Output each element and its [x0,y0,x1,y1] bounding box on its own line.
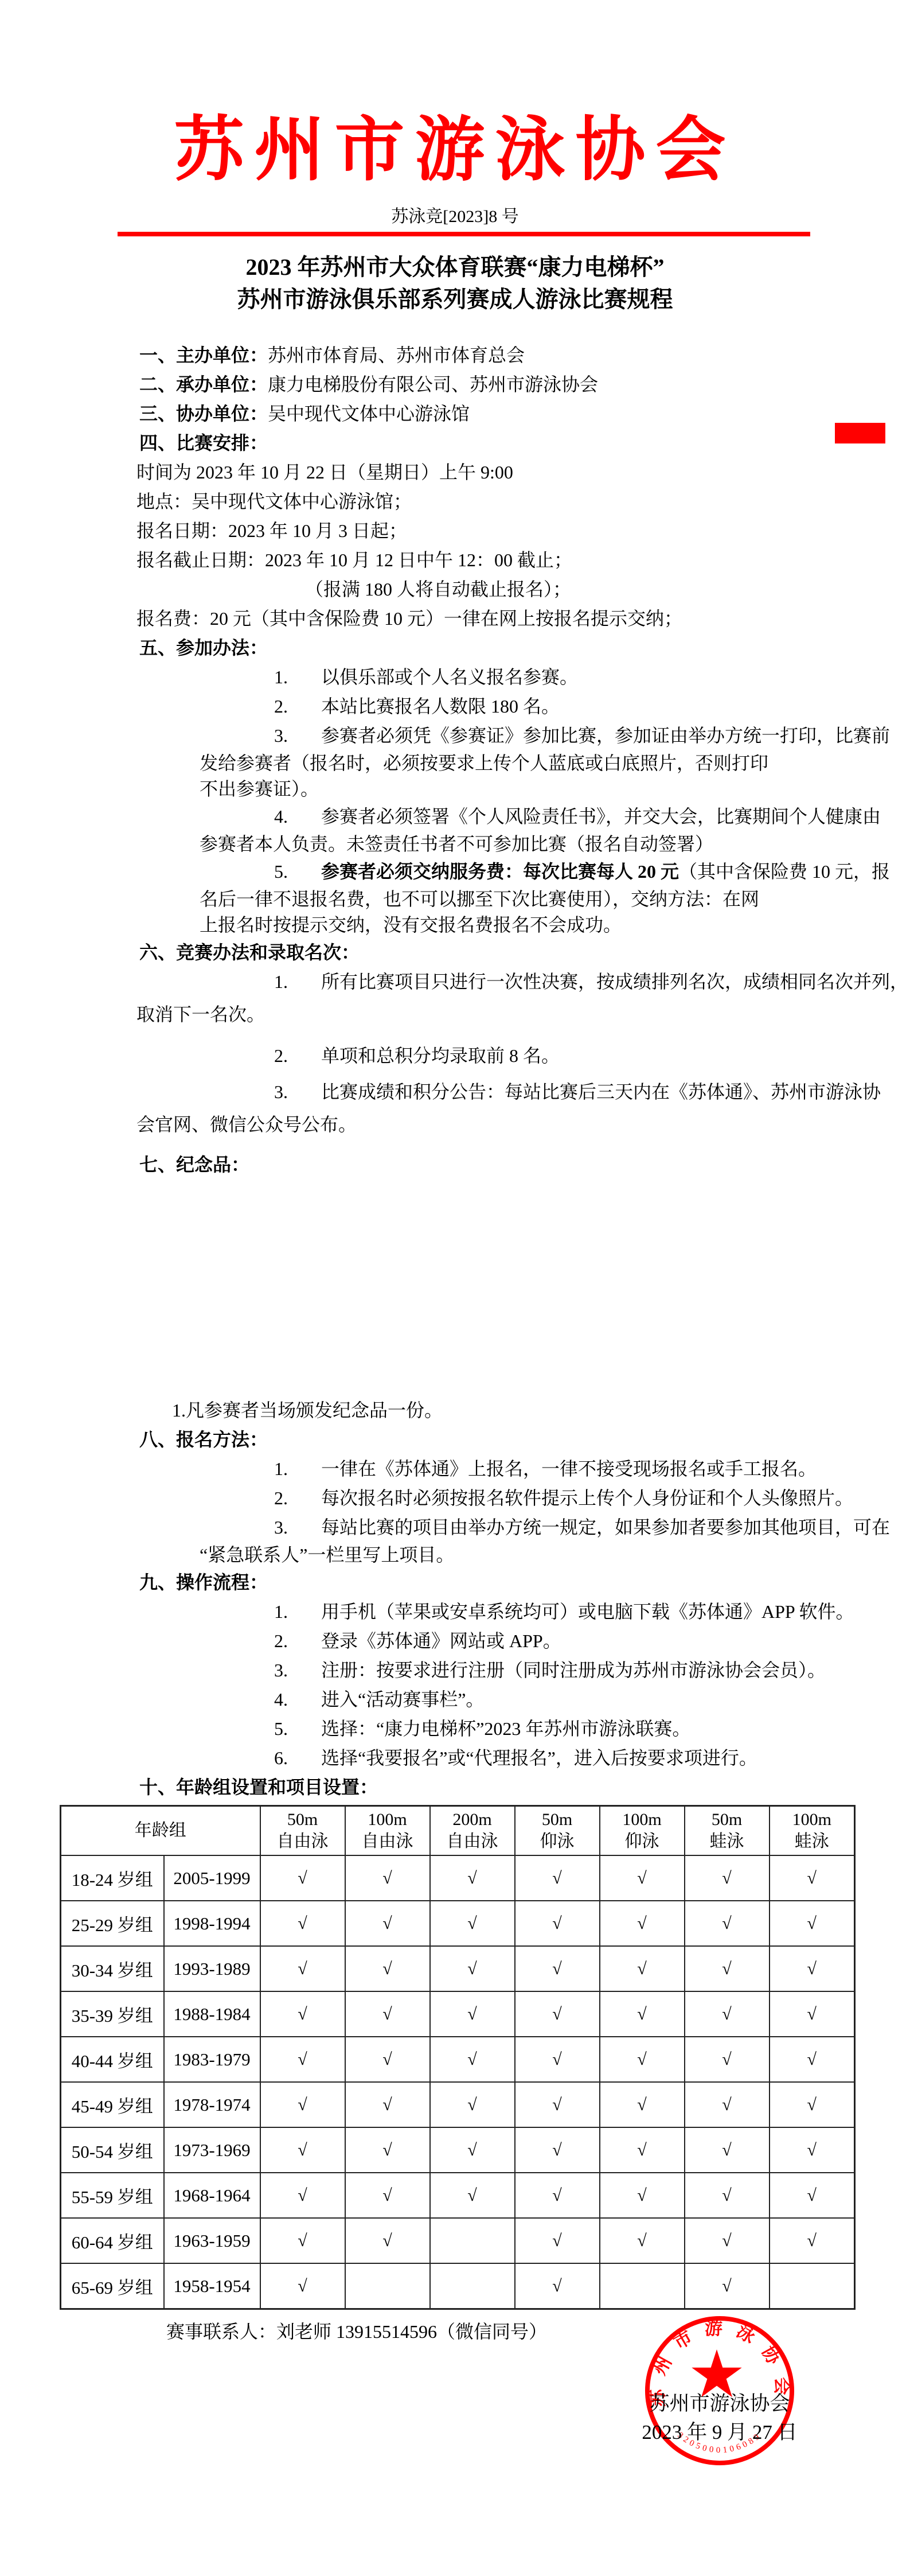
list-item-number: 3. [274,1513,321,1542]
doc-line: 报名截止日期：2023 年 10 月 12 日中午 12：00 截止； [0,546,910,575]
checkmark-cell: √ [770,1946,855,1991]
blank-line [0,1355,910,1384]
birth-years-cell: 1983-1979 [164,2037,260,2082]
checkmark-cell: √ [685,1855,770,1901]
section-heading: 五、参加办法： [0,633,910,663]
signature-org: 苏州市游泳协会 [622,2391,817,2417]
empty-cell [430,2218,515,2263]
table-row: 65-69 岁组1958-1954√√√ [61,2263,855,2309]
birth-years-cell: 2005-1999 [164,1855,260,1901]
checkmark-cell: √ [430,2173,515,2218]
table-row: 35-39 岁组1988-1984√√√√√√√ [61,1991,855,2037]
age-group-cell: 25-29 岁组 [61,1901,164,1946]
checkmark-cell: √ [770,1901,855,1946]
checkmark-cell: √ [345,2082,430,2127]
checkmark-cell: √ [685,1946,770,1991]
signature-date: 2023 年 9 月 27 日 [622,2420,817,2445]
age-group-event-table: 年龄组 50m自由泳100m自由泳200m自由泳50m仰泳100m仰泳50m蛙泳… [60,1805,856,2310]
list-item-number: 5. [274,857,321,886]
document-page: { "colors": { "accent_red": "#ff0000", "… [0,0,910,2576]
checkmark-cell: √ [770,1855,855,1901]
event-header-cell: 200m自由泳 [430,1806,515,1856]
checkmark-cell: √ [260,1946,345,1991]
table-row: 40-44 岁组1983-1979√√√√√√√ [61,2037,855,2082]
checkmark-cell: √ [430,1946,515,1991]
section-heading: 三、协办单位：吴中现代文体中心游泳馆 [0,399,910,429]
doc-line: 发给参赛者（报名时，必须按要求上传个人蓝底或白底照片，否则打印 [0,750,910,776]
list-item: 2.单项和总积分均录取前 8 名。 [0,1041,910,1071]
doc-line: 上报名时按提示交纳，没有交报名费报名不会成功。 [0,912,910,938]
list-item: 2.登录《苏体通》网站或 APP。 [0,1626,910,1656]
doc-line: 报名费：20 元（其中含保险费 10 元）一律在网上按报名提示交纳； [0,604,910,633]
doc-line: “紧急联系人”一栏里写上项目。 [0,1542,910,1568]
list-item-number: 1. [274,1597,321,1626]
checkmark-cell: √ [600,1901,685,1946]
table-row: 25-29 岁组1998-1994√√√√√√√ [61,1901,855,1946]
checkmark-cell: √ [770,2218,855,2263]
list-item: 2.本站比赛报名人数限 180 名。 [0,692,910,721]
section-heading: 八、报名方法： [0,1425,910,1454]
table-row: 55-59 岁组1968-1964√√√√√√√ [61,2173,855,2218]
checkmark-cell: √ [770,2082,855,2127]
doc-line: 时间为 2023 年 10 月 22 日（星期日）上午 9:00 [0,458,910,487]
section-heading: 九、操作流程： [0,1568,910,1597]
event-header-cell: 50m自由泳 [260,1806,345,1856]
checkmark-cell: √ [600,1946,685,1991]
list-item: 5.参赛者必须交纳服务费：每次比赛每人 20 元（其中含保险费 10 元，报 [0,857,910,886]
checkmark-cell: √ [685,2037,770,2082]
checkmark-cell: √ [600,1855,685,1901]
checkmark-cell: √ [345,1946,430,1991]
checkmark-cell: √ [515,1855,600,1901]
list-item-number: 1. [274,663,321,692]
red-divider-rule [118,232,810,236]
list-item: 3.每站比赛的项目由举办方统一规定，如果参加者要参加其他项目，可在 [0,1513,910,1542]
checkmark-cell: √ [430,2037,515,2082]
doc-line: 参赛者本人负责。未签责任书者不可参加比赛（报名自动签署） [0,831,910,857]
table-row: 45-49 岁组1978-1974√√√√√√√ [61,2082,855,2127]
doc-line: 地点：吴中现代文体中心游泳馆； [0,487,910,516]
checkmark-cell: √ [430,1855,515,1901]
seal-star-icon [692,2349,741,2397]
checkmark-cell: √ [515,1901,600,1946]
empty-cell [430,2263,515,2309]
document-title: 2023 年苏州市大众体育联赛“康力电梯杯” 苏州市游泳俱乐部系列赛成人游泳比赛… [0,251,910,316]
checkmark-cell: √ [515,2082,600,2127]
list-item: 6.选择“我要报名”或“代理报名”，进入后按要求项进行。 [0,1744,910,1773]
checkmark-cell: √ [260,2263,345,2309]
list-item-number: 2. [274,1484,321,1513]
checkmark-cell: √ [770,2127,855,2173]
birth-years-cell: 1963-1959 [164,2218,260,2263]
doc-line: 会官网、微信公众号公布。 [0,1107,910,1142]
table-row: 30-34 岁组1993-1989√√√√√√√ [61,1946,855,1991]
list-item-number: 2. [274,1041,321,1071]
doc-line: 报名日期：2023 年 10 月 3 日起； [0,516,910,546]
checkmark-cell: √ [685,2082,770,2127]
section-heading: 四、比赛安排： [0,429,910,458]
list-item: 1.用手机（苹果或安卓系统均可）或电脑下载《苏体通》APP 软件。 [0,1597,910,1626]
event-header-cell: 100m自由泳 [345,1806,430,1856]
checkmark-cell: √ [345,1901,430,1946]
age-group-header-cell: 年龄组 [61,1806,260,1856]
checkmark-cell: √ [345,2173,430,2218]
org-title: 苏州市游泳协会 [0,108,910,194]
checkmark-cell: √ [345,1855,430,1901]
checkmark-cell: √ [260,2037,345,2082]
contact-line: 赛事联系人：刘老师 13915514596（微信同号） [166,2319,547,2344]
age-group-cell: 50-54 岁组 [61,2127,164,2173]
checkmark-cell: √ [685,2127,770,2173]
list-item: 5.选择：“康力电梯杯”2023 年苏州市游泳联赛。 [0,1714,910,1744]
checkmark-cell: √ [260,1901,345,1946]
list-item: 1.以俱乐部或个人名义报名参赛。 [0,663,910,692]
blank-line [0,1326,910,1355]
checkmark-cell: √ [600,2082,685,2127]
checkmark-cell: √ [515,2037,600,2082]
birth-years-cell: 1973-1969 [164,2127,260,2173]
list-item-number: 2. [274,692,321,721]
document-title-line1: 2023 年苏州市大众体育联赛“康力电梯杯” [0,251,910,283]
list-item-number: 2. [274,1626,321,1656]
checkmark-cell: √ [515,2263,600,2309]
checkmark-cell: √ [260,2218,345,2263]
birth-years-cell: 1993-1989 [164,1946,260,1991]
checkmark-cell: √ [515,1946,600,1991]
checkmark-cell: √ [345,2127,430,2173]
event-header-cell: 50m仰泳 [515,1806,600,1856]
birth-years-cell: 1958-1954 [164,2263,260,2309]
blank-line [0,1267,910,1297]
checkmark-cell: √ [770,1991,855,2037]
checkmark-cell: √ [600,2037,685,2082]
checkmark-cell: √ [685,2218,770,2263]
checkmark-cell: √ [770,2037,855,2082]
doc-line: 取消下一名次。 [0,997,910,1032]
checkmark-cell: √ [345,2037,430,2082]
list-item-number: 4. [274,802,321,831]
list-item-number: 4. [274,1685,321,1714]
doc-line: 不出参赛证）。 [0,776,910,802]
checkmark-cell: √ [770,2173,855,2218]
doc-number: 苏泳竞[2023]8 号 [0,205,910,228]
signature-block: 苏州市游泳协会 2023 年 9 月 27 日 [622,2391,817,2445]
blank-line [0,1297,910,1326]
checkmark-cell: √ [685,1901,770,1946]
list-item: 4.进入“活动赛事栏”。 [0,1685,910,1714]
checkmark-cell: √ [260,2127,345,2173]
list-item-number: 1. [274,967,321,997]
checkmark-cell: √ [430,1901,515,1946]
blank-line [0,1238,910,1267]
section-heading: 二、承办单位：康力电梯股份有限公司、苏州市游泳协会 [0,370,910,399]
body-lines: 一、主办单位：苏州市体育局、苏州市体育总会二、承办单位：康力电梯股份有限公司、苏… [0,341,910,1802]
checkmark-cell: √ [515,2173,600,2218]
empty-cell [600,2263,685,2309]
doc-line: 名后一律不退报名费，也不可以挪至下次比赛使用），交纳方法：在网 [0,886,910,912]
empty-cell [345,2263,430,2309]
event-header-cell: 50m蛙泳 [685,1806,770,1856]
document-title-line2: 苏州市游泳俱乐部系列赛成人游泳比赛规程 [0,283,910,316]
list-item-number: 1. [274,1454,321,1484]
section-heading: 十、年龄组设置和项目设置： [0,1773,910,1802]
age-group-cell: 40-44 岁组 [61,2037,164,2082]
red-seal-stamp: 苏州市游泳协会 3205000106089 [640,2312,799,2470]
birth-years-cell: 1988-1984 [164,1991,260,2037]
birth-years-cell: 1998-1994 [164,1901,260,1946]
empty-cell [770,2263,855,2309]
checkmark-cell: √ [600,2218,685,2263]
checkmark-cell: √ [260,2173,345,2218]
list-item: 1.所有比赛项目只进行一次性决赛，按成绩排列名次，成绩相同名次并列， [0,967,910,997]
birth-years-cell: 1978-1974 [164,2082,260,2127]
doc-line: （报满 180 人将自动截止报名）； [0,575,910,604]
checkmark-cell: √ [430,2127,515,2173]
age-group-cell: 55-59 岁组 [61,2173,164,2218]
checkmark-cell: √ [430,2082,515,2127]
age-group-cell: 45-49 岁组 [61,2082,164,2127]
list-item-number: 5. [274,1714,321,1744]
section-heading: 七、纪念品： [0,1150,910,1180]
age-group-cell: 60-64 岁组 [61,2218,164,2263]
list-item-number: 3. [274,1656,321,1685]
table-body: 18-24 岁组2005-1999√√√√√√√25-29 岁组1998-199… [61,1855,855,2309]
age-group-cell: 35-39 岁组 [61,1991,164,2037]
checkmark-cell: √ [685,2263,770,2309]
blank-line [0,1209,910,1238]
checkmark-cell: √ [260,1991,345,2037]
checkmark-cell: √ [345,1991,430,2037]
list-item-number: 6. [274,1744,321,1773]
list-item: 3.注册：按要求进行注册（同时注册成为苏州市游泳协会会员）。 [0,1656,910,1685]
checkmark-cell: √ [600,1991,685,2037]
checkmark-cell: √ [515,2218,600,2263]
age-group-cell: 65-69 岁组 [61,2263,164,2309]
event-header-cell: 100m蛙泳 [770,1806,855,1856]
event-header-cell: 100m仰泳 [600,1806,685,1856]
checkmark-cell: √ [685,1991,770,2037]
checkmark-cell: √ [515,1991,600,2037]
list-item: 2.每次报名时必须按报名软件提示上传个人身份证和个人头像照片。 [0,1484,910,1513]
checkmark-cell: √ [430,1991,515,2037]
age-group-cell: 30-34 岁组 [61,1946,164,1991]
list-item-number: 3. [274,721,321,750]
age-group-cell: 18-24 岁组 [61,1855,164,1901]
section-heading: 六、竞赛办法和录取名次： [0,938,910,967]
checkmark-cell: √ [600,2173,685,2218]
checkmark-cell: √ [345,2218,430,2263]
list-item: 3.比赛成绩和积分公告：每站比赛后三天内在《苏体通》、苏州市游泳协 [0,1077,910,1107]
checkmark-cell: √ [685,2173,770,2218]
list-item: 4.参赛者必须签署《个人风险责任书》，并交大会，比赛期间个人健康由 [0,802,910,831]
list-item: 1.一律在《苏体通》上报名，一律不接受现场报名或手工报名。 [0,1454,910,1484]
checkmark-cell: √ [260,1855,345,1901]
blank-line [0,1180,910,1209]
list-item-number: 3. [274,1077,321,1107]
table-row: 18-24 岁组2005-1999√√√√√√√ [61,1855,855,1901]
checkmark-cell: √ [600,2127,685,2173]
table-row: 60-64 岁组1963-1959√√√√√√ [61,2218,855,2263]
table-header-row: 年龄组 50m自由泳100m自由泳200m自由泳50m仰泳100m仰泳50m蛙泳… [61,1806,855,1856]
section-heading: 一、主办单位：苏州市体育局、苏州市体育总会 [0,341,910,370]
table-row: 50-54 岁组1973-1969√√√√√√√ [61,2127,855,2173]
checkmark-cell: √ [260,2082,345,2127]
list-item: 3.参赛者必须凭《参赛证》参加比赛，参加证由举办方统一打印，比赛前 [0,721,910,750]
doc-line: 1.凡参赛者当场颁发纪念品一份。 [0,1396,910,1425]
checkmark-cell: √ [515,2127,600,2173]
birth-years-cell: 1968-1964 [164,2173,260,2218]
